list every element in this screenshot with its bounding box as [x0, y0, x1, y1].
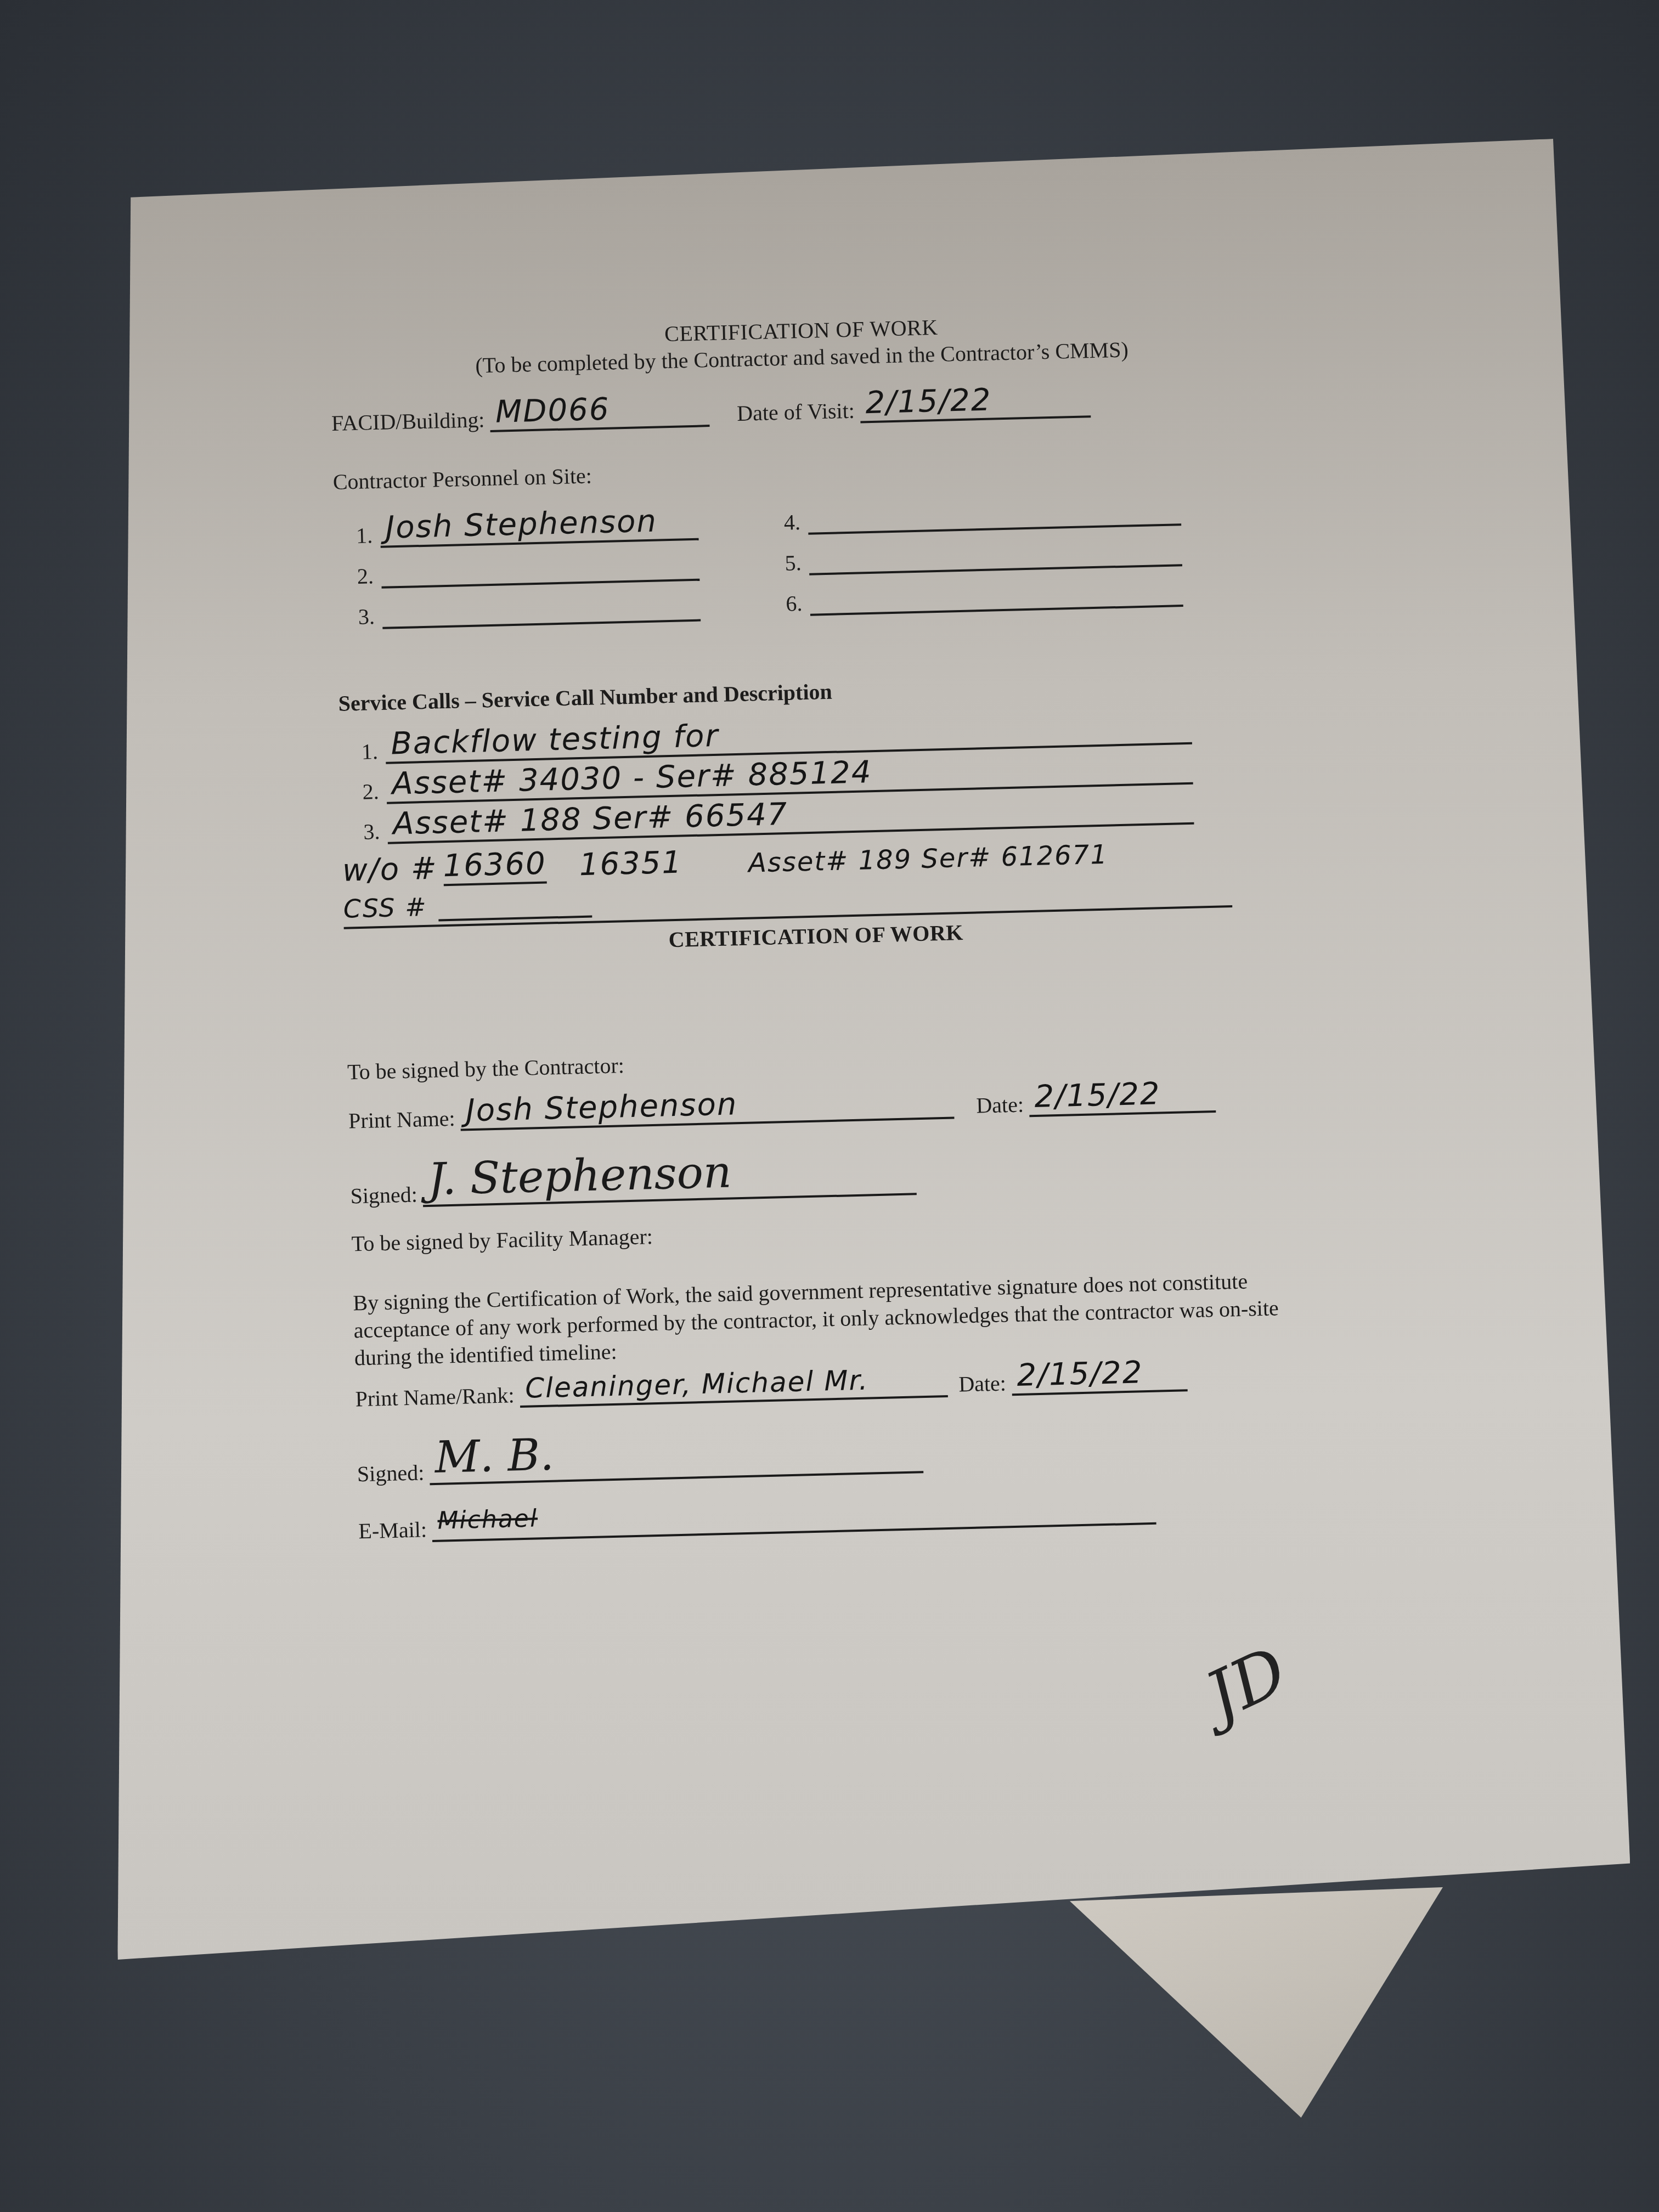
contractor-date-label: Date: — [976, 1091, 1024, 1118]
asset-extra: Asset# 189 Ser# 612671 — [748, 839, 1108, 879]
manager-print-name-field[interactable]: Cleaninger, Michael Mr. — [520, 1362, 948, 1408]
personnel-label: Contractor Personnel on Site: — [332, 462, 592, 495]
paper-towel — [1070, 1887, 1443, 2118]
contractor-signed-label: Signed: — [350, 1182, 417, 1209]
personnel-field-3[interactable] — [382, 586, 701, 629]
date-of-visit-field[interactable]: 2/15/22 — [860, 380, 1091, 423]
work-order-extra: 16351 — [579, 845, 683, 883]
facility-manager-heading: To be signed by Facility Manager: — [351, 1223, 653, 1256]
personnel-num: 3. — [336, 603, 375, 630]
personnel-field-2[interactable] — [381, 546, 699, 589]
personnel-field-6[interactable] — [809, 572, 1183, 616]
personnel-field-5[interactable] — [809, 531, 1182, 575]
service-call-num: 2. — [340, 778, 379, 805]
contractor-print-name-label: Print Name: — [348, 1105, 456, 1134]
personnel-num: 5. — [763, 550, 802, 577]
facid-label: FACID/Building: — [331, 407, 485, 436]
service-call-num: 3. — [341, 819, 380, 845]
manager-date-label: Date: — [958, 1370, 1007, 1397]
manager-signed-label: Signed: — [357, 1459, 424, 1487]
facid-field[interactable]: MD066 — [489, 389, 710, 432]
service-call-num: 1. — [339, 738, 378, 765]
certification-form: CERTIFICATION OF WORK (To be completed b… — [329, 306, 1302, 1544]
personnel-num: 1. — [334, 522, 373, 549]
work-order-field[interactable]: 16360 — [443, 846, 547, 887]
contractor-date-field[interactable]: 2/15/22 — [1029, 1075, 1216, 1117]
work-order-label: w/o # — [342, 850, 438, 888]
personnel-num: 2. — [335, 563, 374, 590]
personnel-num: 6. — [764, 590, 803, 617]
contractor-print-name-field[interactable]: Josh Stephenson — [460, 1081, 955, 1131]
contractor-heading: To be signed by the Contractor: — [347, 1052, 625, 1085]
personnel-field-1[interactable]: Josh Stephenson — [380, 503, 699, 548]
personnel-num: 4. — [761, 509, 800, 536]
css-field[interactable] — [438, 894, 592, 922]
personnel-field-4[interactable] — [808, 490, 1181, 535]
contractor-signature-field[interactable]: J. Stephenson — [422, 1142, 917, 1207]
manager-date-field[interactable]: 2/15/22 — [1011, 1353, 1188, 1396]
email-label: E-Mail: — [358, 1516, 427, 1544]
css-label: CSS # — [343, 892, 427, 924]
manager-signature-field[interactable]: M. B. — [428, 1420, 923, 1485]
manager-print-name-label: Print Name/Rank: — [355, 1382, 515, 1412]
date-of-visit-label: Date of Visit: — [737, 398, 855, 426]
service-calls-label: Service Calls – Service Call Number and … — [338, 679, 832, 716]
